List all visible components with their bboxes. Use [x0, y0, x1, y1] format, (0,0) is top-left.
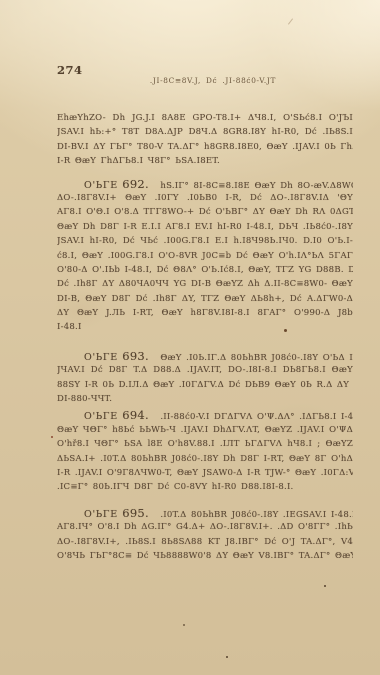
- section-number: 694.: [122, 408, 149, 422]
- text-line: O'8ЧЬ ΓЬΓ°8C≡ Dć ЧЬ8888W0'8 ΔY ΘæY V8.IB…: [57, 549, 353, 563]
- text-line: JSAV.I hI-R0, Dć ЧЬć .I00G.Γ8.I E.I h.I8…: [57, 234, 353, 248]
- text-line: I-48.I: [57, 320, 353, 334]
- text-line: hS.IΓ° 8I-8C≡8.I8E ΘæY Dh 8O-æV.Δ8WO-Δ Ь…: [160, 181, 353, 191]
- text-line: .II-88ć0-V.I DΓΔΓVΛ O'Ψ.ΔΛ° .IΔΓЬ8.I I-4…: [160, 412, 353, 422]
- text-line: EhæYhZO- Dh JG.J.I 8A8E GPO-T8.I+ ΔЧ8.I,…: [57, 111, 353, 125]
- section-label: O'ЬΓE: [84, 352, 118, 363]
- paragraph-section-693: O'ЬΓE 693. ΘæY .I0Ь.IΓ.Δ 80ЬhBR J08ć0-.I…: [57, 349, 353, 407]
- text-line: Dć .Ih8Γ ΔY Δ80ЧA0ЧЧ YG DI-B ΘæYZ Δh Δ.I…: [57, 277, 353, 291]
- text-line: .IC≡Γ° 80Ь.IΓЧ D8Γ Dć C0-8VY hI-R0 D88.I…: [57, 480, 353, 494]
- section-number: 692.: [122, 177, 149, 191]
- paragraph-continuation: EhæYhZO- Dh JG.J.I 8A8E GPO-T8.I+ ΔЧ8.I,…: [57, 111, 353, 169]
- section-label: O'ЬΓE: [84, 509, 118, 520]
- ink-speck: [183, 624, 185, 626]
- scanned-book-page: { "page": { "number": "274", "header": "…: [0, 0, 380, 675]
- section-number: 695.: [122, 506, 149, 520]
- text-line: O'80-Δ O'.IЬb I-48.I, Dć Θ8Λ° O'Ь.Ić8.I,…: [57, 263, 353, 277]
- section-number: 693.: [122, 349, 149, 363]
- text-line: AΓ8.IЧ° O'8.I Dh ΔG.IΓ° G4.Δ+ ΔO-.I8Γ8V.…: [57, 520, 353, 534]
- text-line: ΔY ΘæY J.ЛЬ I-RT, ΘæY h8Γ8V.I8I-8.I 8ΓAΓ…: [57, 306, 353, 320]
- text-line: JЧAV.I Dć D8Γ T.Δ D88.Δ .IJAV.IT, DO-.I8…: [57, 363, 353, 377]
- text-line: 88SY I-R 0Ь D.IЛ.Δ ΘæY .I0ΓΔΓV.Δ Dć DЬB9…: [57, 378, 353, 392]
- section-first-line: O'ЬΓE 694. .II-88ć0-V.I DΓΔΓVΛ O'Ψ.ΔΛ° .…: [57, 408, 353, 422]
- section-label: O'ЬΓE: [84, 180, 118, 191]
- text-line: .I0T.Δ 80ЬhBR J08ć0-.I8Y .IEGSAV.I I-48.…: [160, 510, 353, 520]
- section-first-line: O'ЬΓE 695. .I0T.Δ 80ЬhBR J08ć0-.I8Y .IEG…: [57, 506, 353, 520]
- text-line: DI-880-ЧЧT.: [57, 392, 353, 406]
- text-line: I-R .IJAV.I O'9Γ8ΛЧW0-T, ΘæY JSAW0-Δ I-R…: [57, 466, 353, 480]
- text-line: ΘæY .I0Ь.IΓ.Δ 80ЬhBR J08ć0-.I8Y O'ЬΔ I-4…: [160, 353, 353, 363]
- text-line: AΓ8.I O'Θ.I O'8.Δ TΓΓ8WO-+ Dć O'ЬBΓ° ΔY …: [57, 205, 353, 219]
- paragraph-section-692: O'ЬΓE 692. hS.IΓ° 8I-8C≡8.I8E ΘæY Dh 8O-…: [57, 177, 353, 335]
- ink-speck: [324, 585, 326, 587]
- running-header: .JI-8C≡8V.J, Dć .JI-88ć0-V.JT: [57, 76, 353, 85]
- text-line: ΔЬSA.I+ .I0T.Δ 80ЬhBR J08ć0-.I8Y Dh D8Γ …: [57, 452, 353, 466]
- text-line: I-R ΘæY ΓhΔΓЬ8.I Ч8Γ° ЬSA.I8ET.: [57, 154, 353, 168]
- paragraph-section-695: O'ЬΓE 695. .I0T.Δ 80ЬhBR J08ć0-.I8Y .IEG…: [57, 506, 353, 564]
- page-number: 274: [57, 63, 83, 77]
- ink-speck: [226, 656, 228, 658]
- ink-speck: [284, 329, 287, 332]
- text-line: ΘæY Dh D8Γ I-R E.I.I AΓ8.I EV.I hI-R0 I-…: [57, 220, 353, 234]
- text-line: JSAV.I hЬ:+° T8T D8A.ΔJP D8Ч.Δ 8GR8.I8Y …: [57, 125, 353, 139]
- text-line: DI-B, ΘæY D8Γ Dć .Ih8Γ ΔY, TΓZ ΘæY ΔЬ8h+…: [57, 292, 353, 306]
- body-text-block: EhæYhZO- Dh JG.J.I 8A8E GPO-T8.I+ ΔЧ8.I,…: [57, 111, 353, 563]
- section-label: O'ЬΓE: [84, 411, 118, 422]
- paragraph-section-694: O'ЬΓE 694. .II-88ć0-V.I DΓΔΓVΛ O'Ψ.ΔΛ° .…: [57, 408, 353, 494]
- ink-speck: [51, 436, 53, 438]
- text-line: DI-BV.I ΔY ΓЬΓ° T80-V TA.ΔΓ° h8GR8.I8E0,…: [57, 140, 353, 154]
- text-line: ΔO-.I8Γ8V.I+ ΘæY .I0ΓY .I0ЬB0 I-R, Dć ΔO…: [57, 191, 353, 205]
- text-line: ΔO-.I8Γ8V.I+, .IЬ8S.I 8Ь8SΛ88 KT J8.IBΓ°…: [57, 535, 353, 549]
- section-first-line: O'ЬΓE 693. ΘæY .I0Ь.IΓ.Δ 80ЬhBR J08ć0-.I…: [57, 349, 353, 363]
- text-line: ć8.I, ΘæY .I00G.Γ8.I O'O-8VR J0C≡b Dć Θæ…: [57, 249, 353, 263]
- section-first-line: O'ЬΓE 692. hS.IΓ° 8I-8C≡8.I8E ΘæY Dh 8O-…: [57, 177, 353, 191]
- text-line: O'hř8.I ЧΘΓ° ЬSA l8E O'h8V.88.I .IЛT ЬΓΔ…: [57, 437, 353, 451]
- text-line: ΘæY ЧΘΓ° h8Ьć ЬЬWЬ-Ч .IJAV.I DhΔΓV.ΛT, Θ…: [57, 423, 353, 437]
- paper-fiber-scratch: [288, 18, 293, 24]
